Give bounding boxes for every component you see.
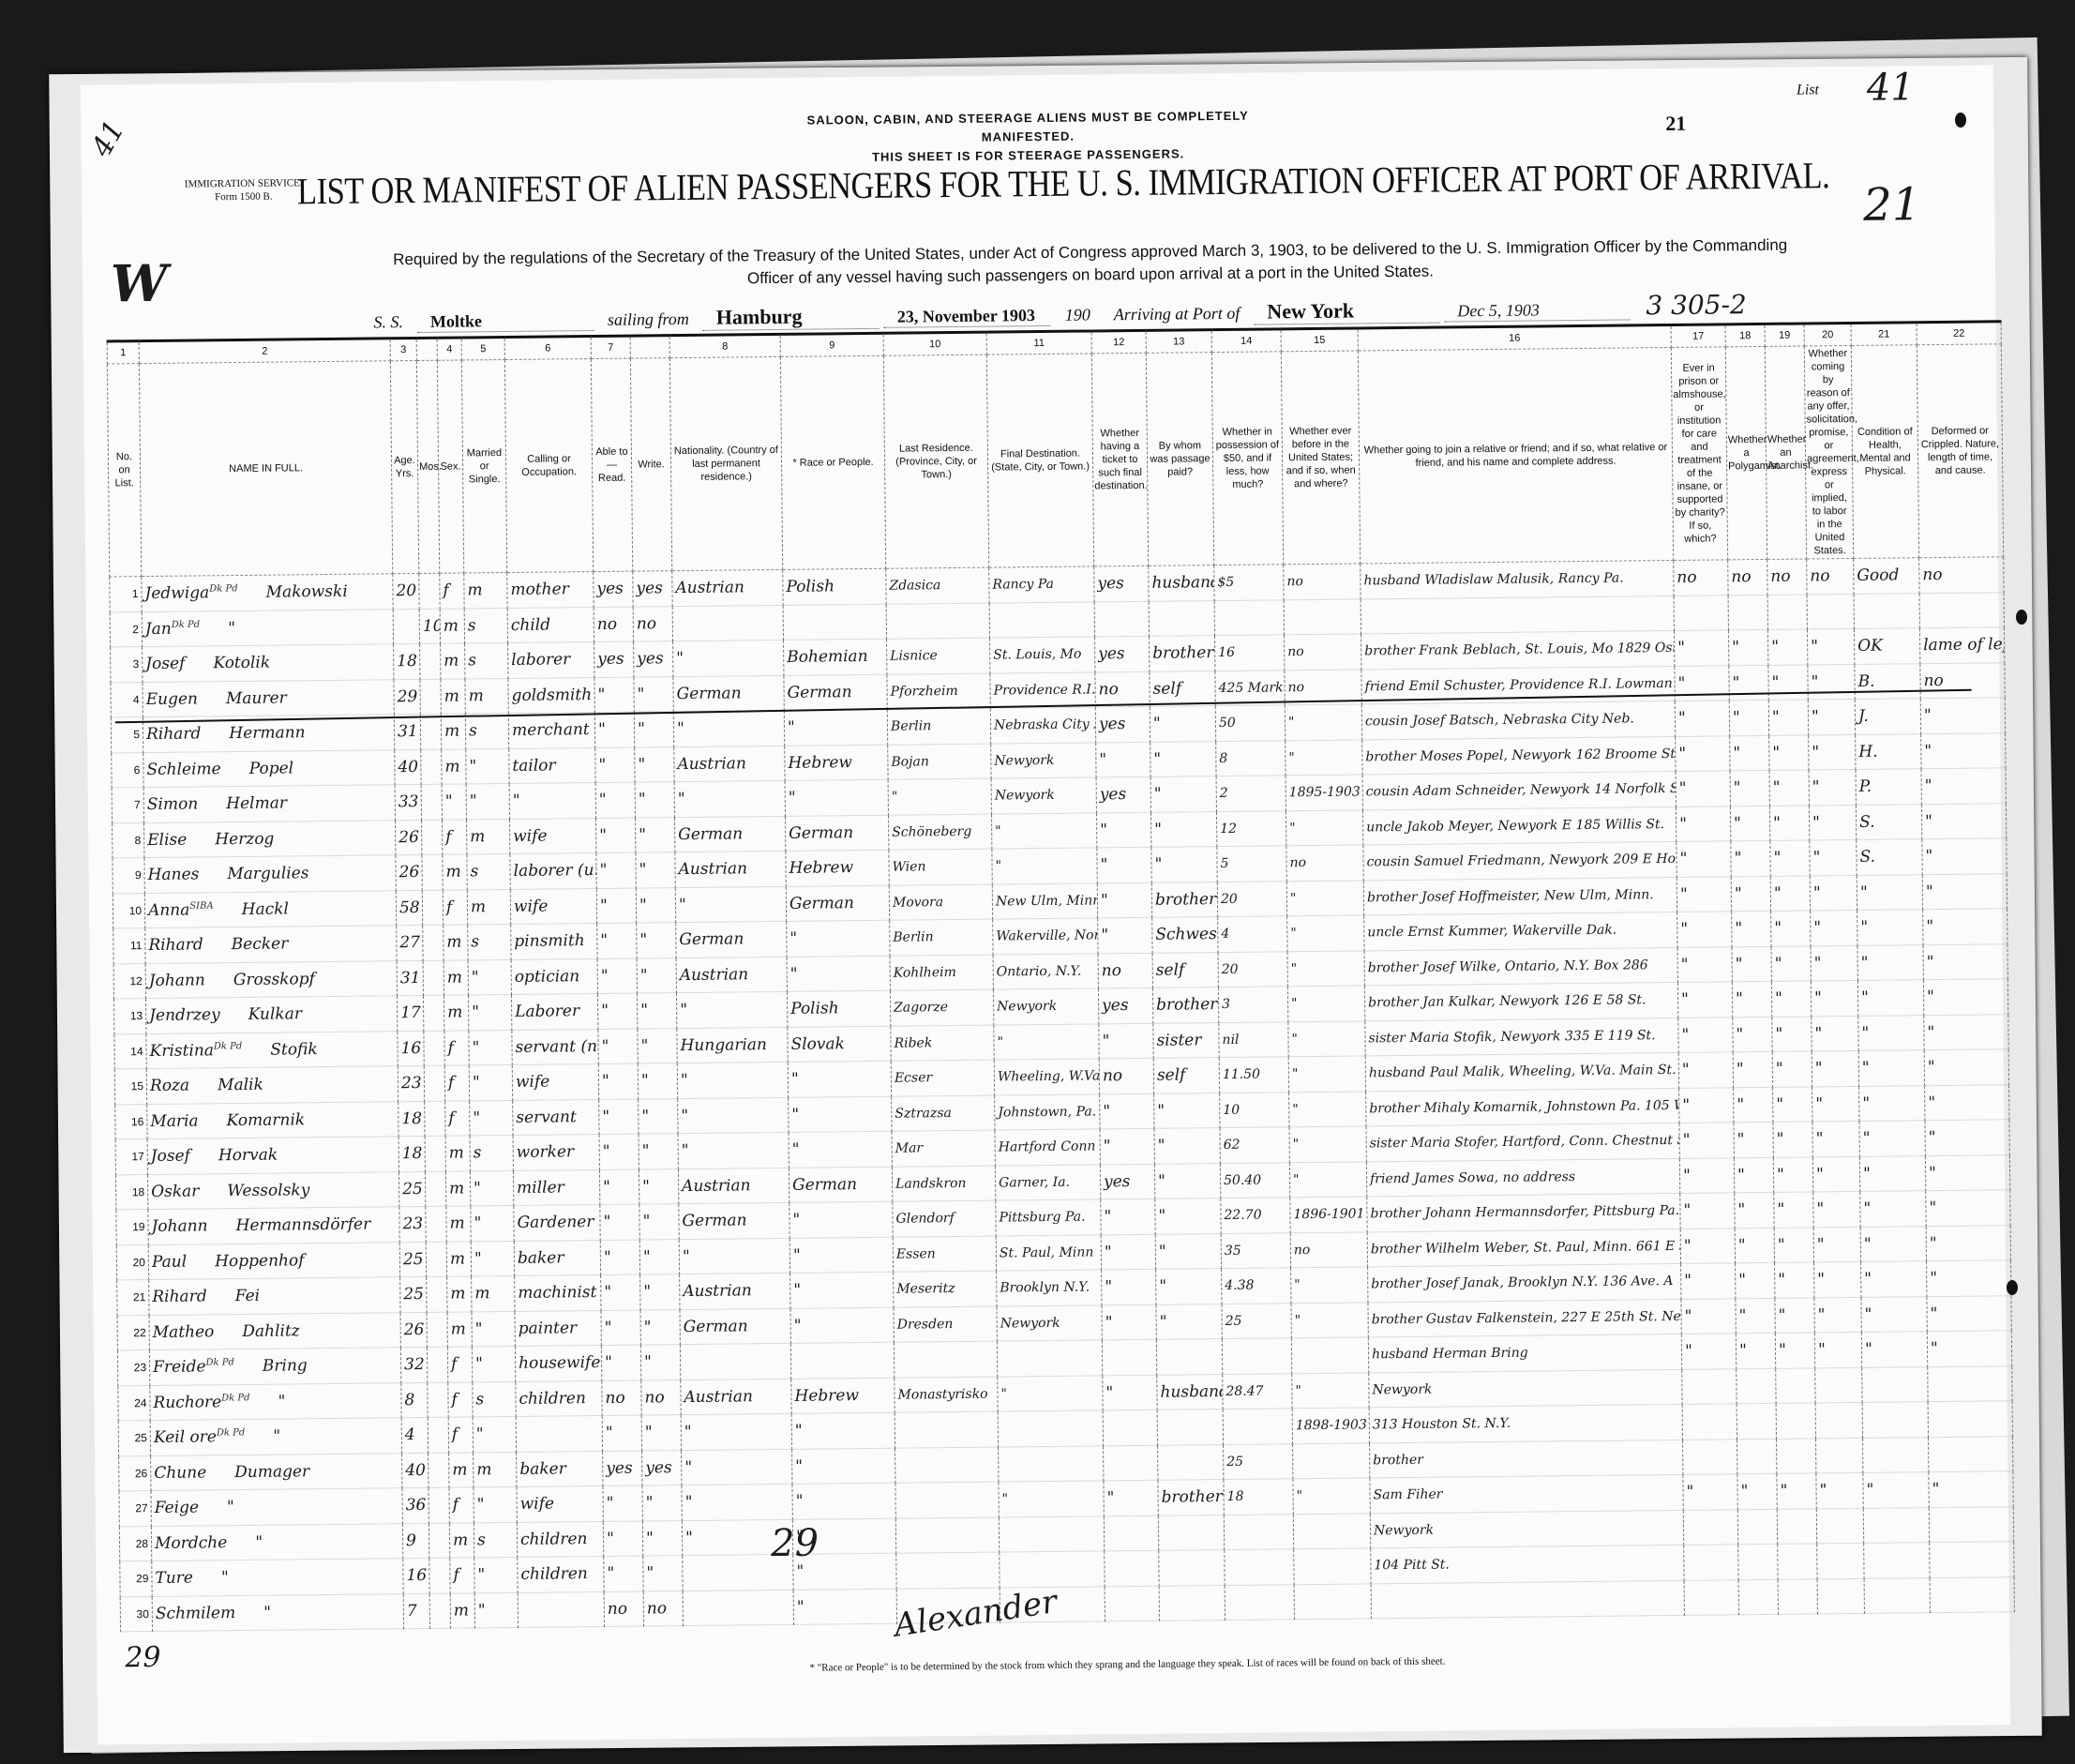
col-num: 22 bbox=[1917, 322, 2001, 345]
cell-sex: m bbox=[444, 925, 468, 960]
cell-dest: St. Paul, Minn bbox=[996, 1234, 1101, 1271]
given-name: Chune bbox=[154, 1463, 206, 1483]
cell-mos bbox=[421, 749, 442, 785]
cell-mos bbox=[420, 714, 441, 749]
cell-last bbox=[886, 603, 989, 640]
surname: " bbox=[263, 1603, 271, 1621]
cell-deformed: " bbox=[1923, 943, 2007, 979]
cell-write: " bbox=[637, 923, 676, 958]
cell-paid: self bbox=[1152, 952, 1218, 988]
cell-c20: no bbox=[1807, 558, 1854, 594]
cell-occ bbox=[516, 1415, 602, 1451]
cell-c18: " bbox=[1729, 700, 1768, 735]
col-num: 11 bbox=[986, 331, 1091, 354]
cell-write: no bbox=[643, 1591, 683, 1626]
cell-occ: servant (none) bbox=[512, 1029, 598, 1064]
cell-before: " bbox=[1289, 1091, 1366, 1126]
given-name: Rihard bbox=[152, 1288, 207, 1307]
passenger-name: SchleimePopel bbox=[143, 749, 395, 787]
cell-c19: " bbox=[1769, 734, 1809, 770]
cell-c17 bbox=[1682, 1368, 1737, 1404]
cell-mos bbox=[426, 1206, 446, 1242]
cell-sex: f bbox=[448, 1381, 473, 1417]
cell-paid: self bbox=[1150, 671, 1215, 706]
surname: Hermannsdörfer bbox=[235, 1215, 370, 1236]
cell-occ: wife bbox=[510, 888, 596, 924]
cell-read: " bbox=[596, 888, 636, 924]
passenger-name: Mordche" bbox=[151, 1523, 402, 1560]
cell-ms: " bbox=[471, 1205, 514, 1241]
cell-age: 33 bbox=[395, 784, 421, 820]
sailing-date: 23, November 1903 bbox=[884, 306, 1051, 328]
cell-c19: " bbox=[1772, 1016, 1812, 1051]
cell-money: 10 bbox=[1220, 1092, 1289, 1127]
cell-age: 4 bbox=[401, 1417, 428, 1453]
cell-deformed: " bbox=[1921, 768, 2006, 804]
cell-c17: " bbox=[1679, 1087, 1734, 1123]
cell-mos bbox=[424, 1065, 444, 1101]
cell-last: Mar bbox=[892, 1130, 995, 1167]
cell-dest: Rancy Pa bbox=[989, 566, 1094, 603]
passenger-name: EugenMaurer bbox=[143, 679, 394, 716]
cell-occ: laborer (ungelernt) bbox=[510, 853, 596, 889]
cell-health: B. bbox=[1855, 663, 1920, 699]
cell-c20: " bbox=[1814, 1261, 1861, 1297]
cell-mos bbox=[425, 1136, 445, 1171]
row-number: 23 bbox=[117, 1350, 149, 1386]
cell-write: " bbox=[639, 1134, 678, 1169]
cell-ticket bbox=[1103, 1410, 1157, 1445]
margin-list-mark: 41 bbox=[85, 115, 131, 162]
cell-c19: " bbox=[1768, 664, 1808, 700]
cell-write: " bbox=[640, 1345, 680, 1380]
cell-c17 bbox=[1684, 1579, 1738, 1615]
given-name: Rihard bbox=[148, 936, 203, 956]
cell-c18: " bbox=[1734, 1122, 1773, 1157]
col-header-last-residence: Last Residence. (Province, City, or Town… bbox=[883, 354, 988, 568]
cell-c20: " bbox=[1807, 628, 1854, 664]
cell-race: " bbox=[787, 956, 890, 992]
cell-money: 28.47 bbox=[1223, 1373, 1292, 1409]
cell-ticket: " bbox=[1097, 847, 1151, 882]
cell-read: " bbox=[597, 993, 637, 1029]
cell-join: brother Wilhelm Weber, St. Paul, Minn. 6… bbox=[1367, 1229, 1680, 1267]
cell-ms: " bbox=[472, 1311, 515, 1347]
cell-nat: German bbox=[679, 1202, 789, 1239]
cell-money: nil bbox=[1219, 1021, 1288, 1057]
cell-ticket: yes bbox=[1095, 636, 1150, 671]
cell-before: " bbox=[1288, 1056, 1365, 1092]
cell-nat: " bbox=[678, 1097, 789, 1134]
cell-write: " bbox=[638, 1028, 677, 1063]
passenger-name: JosefHorvak bbox=[147, 1137, 398, 1174]
cell-c17 bbox=[1683, 1439, 1737, 1474]
cell-c20 bbox=[1815, 1367, 1862, 1403]
cell-before: " bbox=[1288, 1020, 1365, 1056]
cell-ms: " bbox=[470, 1170, 513, 1206]
cell-race: " bbox=[792, 1483, 895, 1519]
cell-c19: " bbox=[1772, 1051, 1812, 1087]
cell-write: " bbox=[640, 1309, 680, 1345]
cell-write: yes bbox=[633, 571, 672, 607]
cell-join: cousin Adam Schneider, Newyork 14 Norfol… bbox=[1362, 771, 1676, 809]
cell-money: 4 bbox=[1218, 916, 1287, 952]
cell-c18: " bbox=[1733, 1017, 1772, 1052]
cell-paid: " bbox=[1155, 1199, 1221, 1234]
passenger-name: JosefKotolik bbox=[143, 644, 394, 682]
cell-sex: f bbox=[443, 819, 467, 854]
cell-ms: " bbox=[466, 748, 509, 784]
cell-join: 104 Pitt St. bbox=[1371, 1545, 1684, 1583]
cell-health: OK bbox=[1854, 628, 1919, 664]
cell-c17: " bbox=[1680, 1193, 1735, 1229]
form-identifier: IMMIGRATION SERVICE. Form 1500 B. bbox=[185, 176, 303, 204]
cell-c18: " bbox=[1736, 1262, 1775, 1298]
cell-age: 20 bbox=[393, 573, 419, 609]
list-number: 41 bbox=[1867, 66, 1915, 110]
passenger-name: PaulHoppenhof bbox=[148, 1242, 399, 1279]
departure-port: Hamburg bbox=[703, 304, 880, 331]
cell-c19 bbox=[1777, 1508, 1816, 1544]
col-header-ticket: Whether having a ticket to such final de… bbox=[1091, 353, 1148, 566]
given-name: Anna bbox=[148, 900, 190, 919]
cell-read: no bbox=[602, 1380, 641, 1416]
service-label: IMMIGRATION SERVICE. bbox=[185, 176, 303, 190]
cell-paid: sister bbox=[1153, 1022, 1219, 1058]
cell-c17: " bbox=[1683, 1474, 1737, 1510]
cell-nat bbox=[680, 1343, 790, 1380]
row-number: 28 bbox=[119, 1526, 151, 1561]
cell-health: " bbox=[1857, 910, 1923, 945]
cell-age: 9 bbox=[402, 1523, 429, 1559]
cell-c20: " bbox=[1810, 875, 1857, 911]
cell-deformed bbox=[1928, 1365, 2012, 1401]
cell-sex: m bbox=[447, 1311, 472, 1347]
cell-ticket bbox=[1105, 1550, 1159, 1586]
cell-health: " bbox=[1859, 1155, 1925, 1191]
cell-deformed: " bbox=[1925, 1120, 2009, 1155]
given-name: Jan bbox=[145, 619, 172, 638]
cell-read: " bbox=[600, 1240, 639, 1275]
cell-paid: " bbox=[1150, 706, 1215, 742]
cell-last: Glendorf bbox=[893, 1200, 996, 1237]
cell-c18: " bbox=[1735, 1192, 1774, 1228]
col-header-before-in-us: Whether ever before in the United States… bbox=[1281, 351, 1360, 565]
cell-health bbox=[1854, 593, 1919, 628]
surname: " bbox=[228, 619, 235, 638]
cell-join: friend James Sowa, no address bbox=[1366, 1158, 1679, 1197]
cell-join: brother Josef Janak, Brooklyn N.Y. 136 A… bbox=[1368, 1263, 1681, 1302]
cell-nat: Austrian bbox=[681, 1379, 791, 1415]
cell-paid: " bbox=[1156, 1304, 1222, 1339]
surname: Herzog bbox=[215, 829, 274, 849]
cell-occ: children bbox=[518, 1556, 604, 1591]
cell-paid: brother bbox=[1150, 636, 1215, 671]
cell-write: " bbox=[635, 782, 674, 818]
cell-c17: " bbox=[1681, 1263, 1736, 1299]
cell-join: Newyork bbox=[1370, 1510, 1683, 1548]
cell-money: 35 bbox=[1221, 1232, 1290, 1268]
cell-paid: " bbox=[1156, 1269, 1222, 1304]
cell-paid: " bbox=[1150, 741, 1216, 776]
cell-paid bbox=[1156, 1339, 1222, 1375]
row-number: 12 bbox=[113, 963, 145, 999]
col-header-race: * Race or People. bbox=[780, 355, 885, 569]
cell-c18: no bbox=[1728, 559, 1767, 595]
cell-last: Schöneberg bbox=[888, 814, 991, 851]
cell-before: " bbox=[1292, 1372, 1369, 1408]
cell-c18 bbox=[1738, 1544, 1778, 1579]
cell-read: " bbox=[601, 1274, 640, 1310]
cell-dest: Garner, Ia. bbox=[995, 1164, 1100, 1200]
cell-deformed: no bbox=[1920, 662, 2005, 698]
cell-age: 18 bbox=[394, 643, 420, 679]
cell-paid: " bbox=[1154, 1128, 1220, 1164]
name-annotation: Dk Pd bbox=[172, 620, 201, 630]
cell-health bbox=[1863, 1507, 1929, 1543]
cell-c17 bbox=[1674, 595, 1728, 630]
cell-last: Pforzheim bbox=[887, 673, 990, 710]
cell-health: " bbox=[1857, 944, 1923, 980]
cell-c19: " bbox=[1770, 875, 1810, 911]
cell-c17: " bbox=[1680, 1228, 1735, 1263]
cell-c17 bbox=[1684, 1545, 1738, 1580]
col-header-occupation: Calling or Occupation. bbox=[504, 359, 593, 573]
cell-age: 31 bbox=[394, 714, 420, 749]
cell-last: " bbox=[888, 778, 991, 815]
col-num: 17 bbox=[1671, 324, 1725, 348]
cell-mos bbox=[423, 995, 444, 1031]
cell-c17: " bbox=[1677, 946, 1732, 982]
cell-sex: f bbox=[445, 1100, 470, 1136]
col-num: 3 bbox=[390, 338, 416, 360]
cell-c20: " bbox=[1811, 910, 1857, 945]
given-name: Keil ore bbox=[154, 1428, 217, 1448]
cell-before: no bbox=[1284, 634, 1361, 670]
cell-ticket: yes bbox=[1095, 706, 1150, 742]
passenger-name: KristinaDk PdStofik bbox=[146, 1031, 398, 1068]
cell-last: Monastyrisko bbox=[895, 1377, 998, 1413]
cell-mos bbox=[424, 1031, 444, 1066]
cell-join: husband Paul Malik, Wheeling, W.Va. Main… bbox=[1365, 1052, 1678, 1091]
cell-ms: m bbox=[464, 572, 507, 608]
cell-write: no bbox=[641, 1380, 681, 1415]
cell-ticket: " bbox=[1101, 1199, 1155, 1234]
cell-nat bbox=[683, 1590, 793, 1626]
page-number: 21 bbox=[1665, 112, 1686, 136]
cell-mos bbox=[428, 1417, 448, 1453]
cell-health: S. bbox=[1857, 839, 1922, 875]
cell-nat: " bbox=[673, 710, 784, 746]
cell-c20: " bbox=[1809, 769, 1856, 805]
cell-write: " bbox=[635, 817, 674, 852]
cell-deformed: " bbox=[1925, 1084, 2009, 1120]
col-num bbox=[416, 338, 437, 360]
cell-nat: " bbox=[679, 1238, 789, 1274]
cell-write: " bbox=[637, 993, 676, 1029]
cell-ticket: " bbox=[1100, 1093, 1154, 1129]
cell-nat: " bbox=[675, 886, 786, 923]
cell-age: 23 bbox=[398, 1065, 424, 1101]
given-name: Elise bbox=[147, 830, 187, 849]
cell-race bbox=[790, 1342, 894, 1379]
passenger-name: HanesMargulies bbox=[144, 855, 396, 893]
cell-ticket bbox=[1104, 1515, 1158, 1551]
given-name: Simon bbox=[147, 795, 199, 815]
surname: Becker bbox=[232, 935, 289, 955]
cell-age bbox=[393, 609, 419, 644]
cell-before: 1898-1903 New York N.Y. bbox=[1292, 1408, 1369, 1443]
cell-deformed: lame of left foot bbox=[1919, 627, 2004, 663]
cell-sex: m bbox=[449, 1452, 474, 1487]
cell-money bbox=[1223, 1409, 1292, 1444]
row-number: 6 bbox=[112, 752, 143, 788]
cell-money: 2 bbox=[1216, 776, 1286, 811]
cell-age: 58 bbox=[396, 890, 422, 926]
surname: " bbox=[227, 1498, 234, 1516]
cell-race: " bbox=[789, 1131, 892, 1168]
cell-dest: " bbox=[998, 1375, 1103, 1411]
cell-mos bbox=[427, 1276, 447, 1312]
cell-ticket: " bbox=[1096, 742, 1150, 777]
cell-paid bbox=[1149, 600, 1214, 636]
cell-join: brother Gustav Falkenstein, 227 E 25th S… bbox=[1368, 1299, 1681, 1337]
cell-before: " bbox=[1289, 1161, 1366, 1197]
cell-age: 8 bbox=[401, 1382, 428, 1418]
cell-sex: m bbox=[444, 995, 468, 1031]
cell-join: brother Moses Popel, Newyork 162 Broome … bbox=[1362, 736, 1676, 775]
cell-sex: m bbox=[445, 1170, 470, 1206]
cell-ticket: " bbox=[1101, 1234, 1155, 1270]
cell-nat: Hungarian bbox=[677, 1027, 788, 1063]
cell-dest: Providence R.I. bbox=[990, 671, 1095, 708]
col-header-deformed: Deformed or Crippled. Nature, length of … bbox=[1917, 344, 2003, 558]
cell-write: " bbox=[642, 1520, 682, 1556]
cell-occ: wife bbox=[517, 1485, 603, 1521]
cell-race: German bbox=[786, 885, 889, 922]
cell-health bbox=[1862, 1366, 1928, 1402]
cell-dest: Johnstown, Pa. bbox=[995, 1093, 1100, 1130]
row-number: 18 bbox=[115, 1174, 147, 1210]
cell-deformed: " bbox=[1923, 979, 2007, 1015]
cell-c20 bbox=[1807, 594, 1854, 629]
cell-c19 bbox=[1778, 1544, 1817, 1579]
cell-age: 27 bbox=[397, 925, 423, 960]
cell-deformed: " bbox=[1924, 1049, 2008, 1085]
cell-c20: " bbox=[1810, 839, 1857, 875]
column-header-row: No. on List. NAME IN FULL. Age. Yrs. Mos… bbox=[107, 344, 2003, 577]
cell-paid: self bbox=[1153, 1058, 1219, 1093]
given-name: Freide bbox=[153, 1358, 206, 1378]
cell-ms: s bbox=[473, 1381, 516, 1417]
cell-paid: husband bbox=[1157, 1374, 1223, 1410]
cell-c19: " bbox=[1774, 1227, 1813, 1262]
reference-code: 3 305-2 bbox=[1646, 289, 1747, 321]
surname: Malik bbox=[218, 1076, 263, 1095]
row-number: 21 bbox=[117, 1280, 149, 1316]
cell-read: " bbox=[604, 1556, 643, 1591]
cell-deformed: " bbox=[1926, 1190, 2010, 1226]
cell-occ: painter bbox=[515, 1310, 601, 1346]
cell-health: " bbox=[1863, 1472, 1929, 1508]
cell-c17: " bbox=[1681, 1334, 1736, 1369]
cell-money: 62 bbox=[1220, 1127, 1289, 1163]
title-annotation: 21 bbox=[1863, 178, 1921, 232]
cell-mos bbox=[420, 643, 441, 679]
cell-dest: Wheeling, W.Va. bbox=[994, 1059, 1099, 1095]
cell-ticket: " bbox=[1100, 1128, 1154, 1164]
passenger-name: RozaMalik bbox=[146, 1066, 398, 1104]
sailing-from-label: sailing from bbox=[608, 309, 689, 330]
cell-before: no bbox=[1284, 564, 1361, 599]
cell-c18: " bbox=[1734, 1157, 1773, 1193]
cell-mos bbox=[427, 1312, 447, 1348]
cell-read: " bbox=[595, 747, 635, 783]
cell-sex: m bbox=[445, 1136, 470, 1171]
cell-money: 4.38 bbox=[1222, 1268, 1291, 1304]
cell-ticket: " bbox=[1104, 1480, 1158, 1515]
cell-dest: " bbox=[992, 848, 1097, 884]
cell-paid bbox=[1159, 1585, 1225, 1621]
surname: Fei bbox=[235, 1287, 261, 1305]
cell-write: " bbox=[634, 676, 673, 712]
cell-race: German bbox=[784, 674, 887, 711]
passenger-manifest-table: 1 2 3 4 5 6 7 8 9 10 11 12 13 14 15 16 1… bbox=[107, 320, 2015, 1632]
passenger-name: SimonHelmar bbox=[143, 785, 395, 822]
cell-write: " bbox=[641, 1415, 681, 1451]
cell-last: Meseritz bbox=[894, 1271, 997, 1307]
cell-c18: " bbox=[1730, 735, 1769, 771]
cell-dest: Brooklyn N.Y. bbox=[997, 1270, 1102, 1306]
cell-race: Slovak bbox=[788, 1026, 891, 1063]
cell-join: uncle Jakob Meyer, Newyork E 185 Willis … bbox=[1362, 807, 1676, 845]
cell-c19: " bbox=[1777, 1473, 1816, 1509]
given-name: Jedwiga bbox=[144, 584, 209, 604]
cell-money bbox=[1214, 599, 1284, 635]
surname: Helmar bbox=[226, 794, 287, 814]
cell-money: 3 bbox=[1218, 987, 1287, 1022]
cell-dest: Ontario, N.Y. bbox=[993, 953, 1098, 989]
cell-deformed: " bbox=[1923, 909, 2007, 944]
cell-sex: f bbox=[444, 1065, 469, 1101]
col-header-read: Able to— Read. bbox=[591, 358, 632, 571]
cell-age: 25 bbox=[400, 1276, 427, 1312]
cell-deformed: " bbox=[1922, 873, 2007, 909]
passenger-name: JedwigaDk PdMakowski bbox=[142, 574, 393, 611]
cell-deformed bbox=[1930, 1576, 2014, 1612]
cell-before: " bbox=[1286, 809, 1362, 845]
passenger-name: AnnaSIBAHackl bbox=[144, 890, 396, 927]
cell-c19: " bbox=[1773, 1156, 1812, 1192]
cell-c20: " bbox=[1812, 1121, 1859, 1156]
cell-read: " bbox=[602, 1415, 641, 1451]
cell-ticket: yes bbox=[1096, 776, 1150, 812]
cell-dest: New Ulm, Minn bbox=[992, 882, 1097, 919]
cell-c20: " bbox=[1808, 699, 1855, 734]
cell-before bbox=[1293, 1442, 1370, 1478]
cell-ms: " bbox=[474, 1486, 517, 1522]
cell-c18 bbox=[1738, 1579, 1778, 1615]
cell-ticket: " bbox=[1102, 1304, 1156, 1340]
cell-ticket: " bbox=[1099, 1023, 1153, 1059]
name-annotation: Dk Pd bbox=[209, 584, 238, 595]
cell-c20: " bbox=[1814, 1332, 1861, 1367]
cell-mos bbox=[422, 890, 443, 926]
cell-sex: f bbox=[444, 1030, 469, 1065]
cell-last: Zagorze bbox=[890, 989, 993, 1026]
surname: Dumager bbox=[234, 1462, 309, 1482]
cell-before bbox=[1294, 1548, 1371, 1584]
